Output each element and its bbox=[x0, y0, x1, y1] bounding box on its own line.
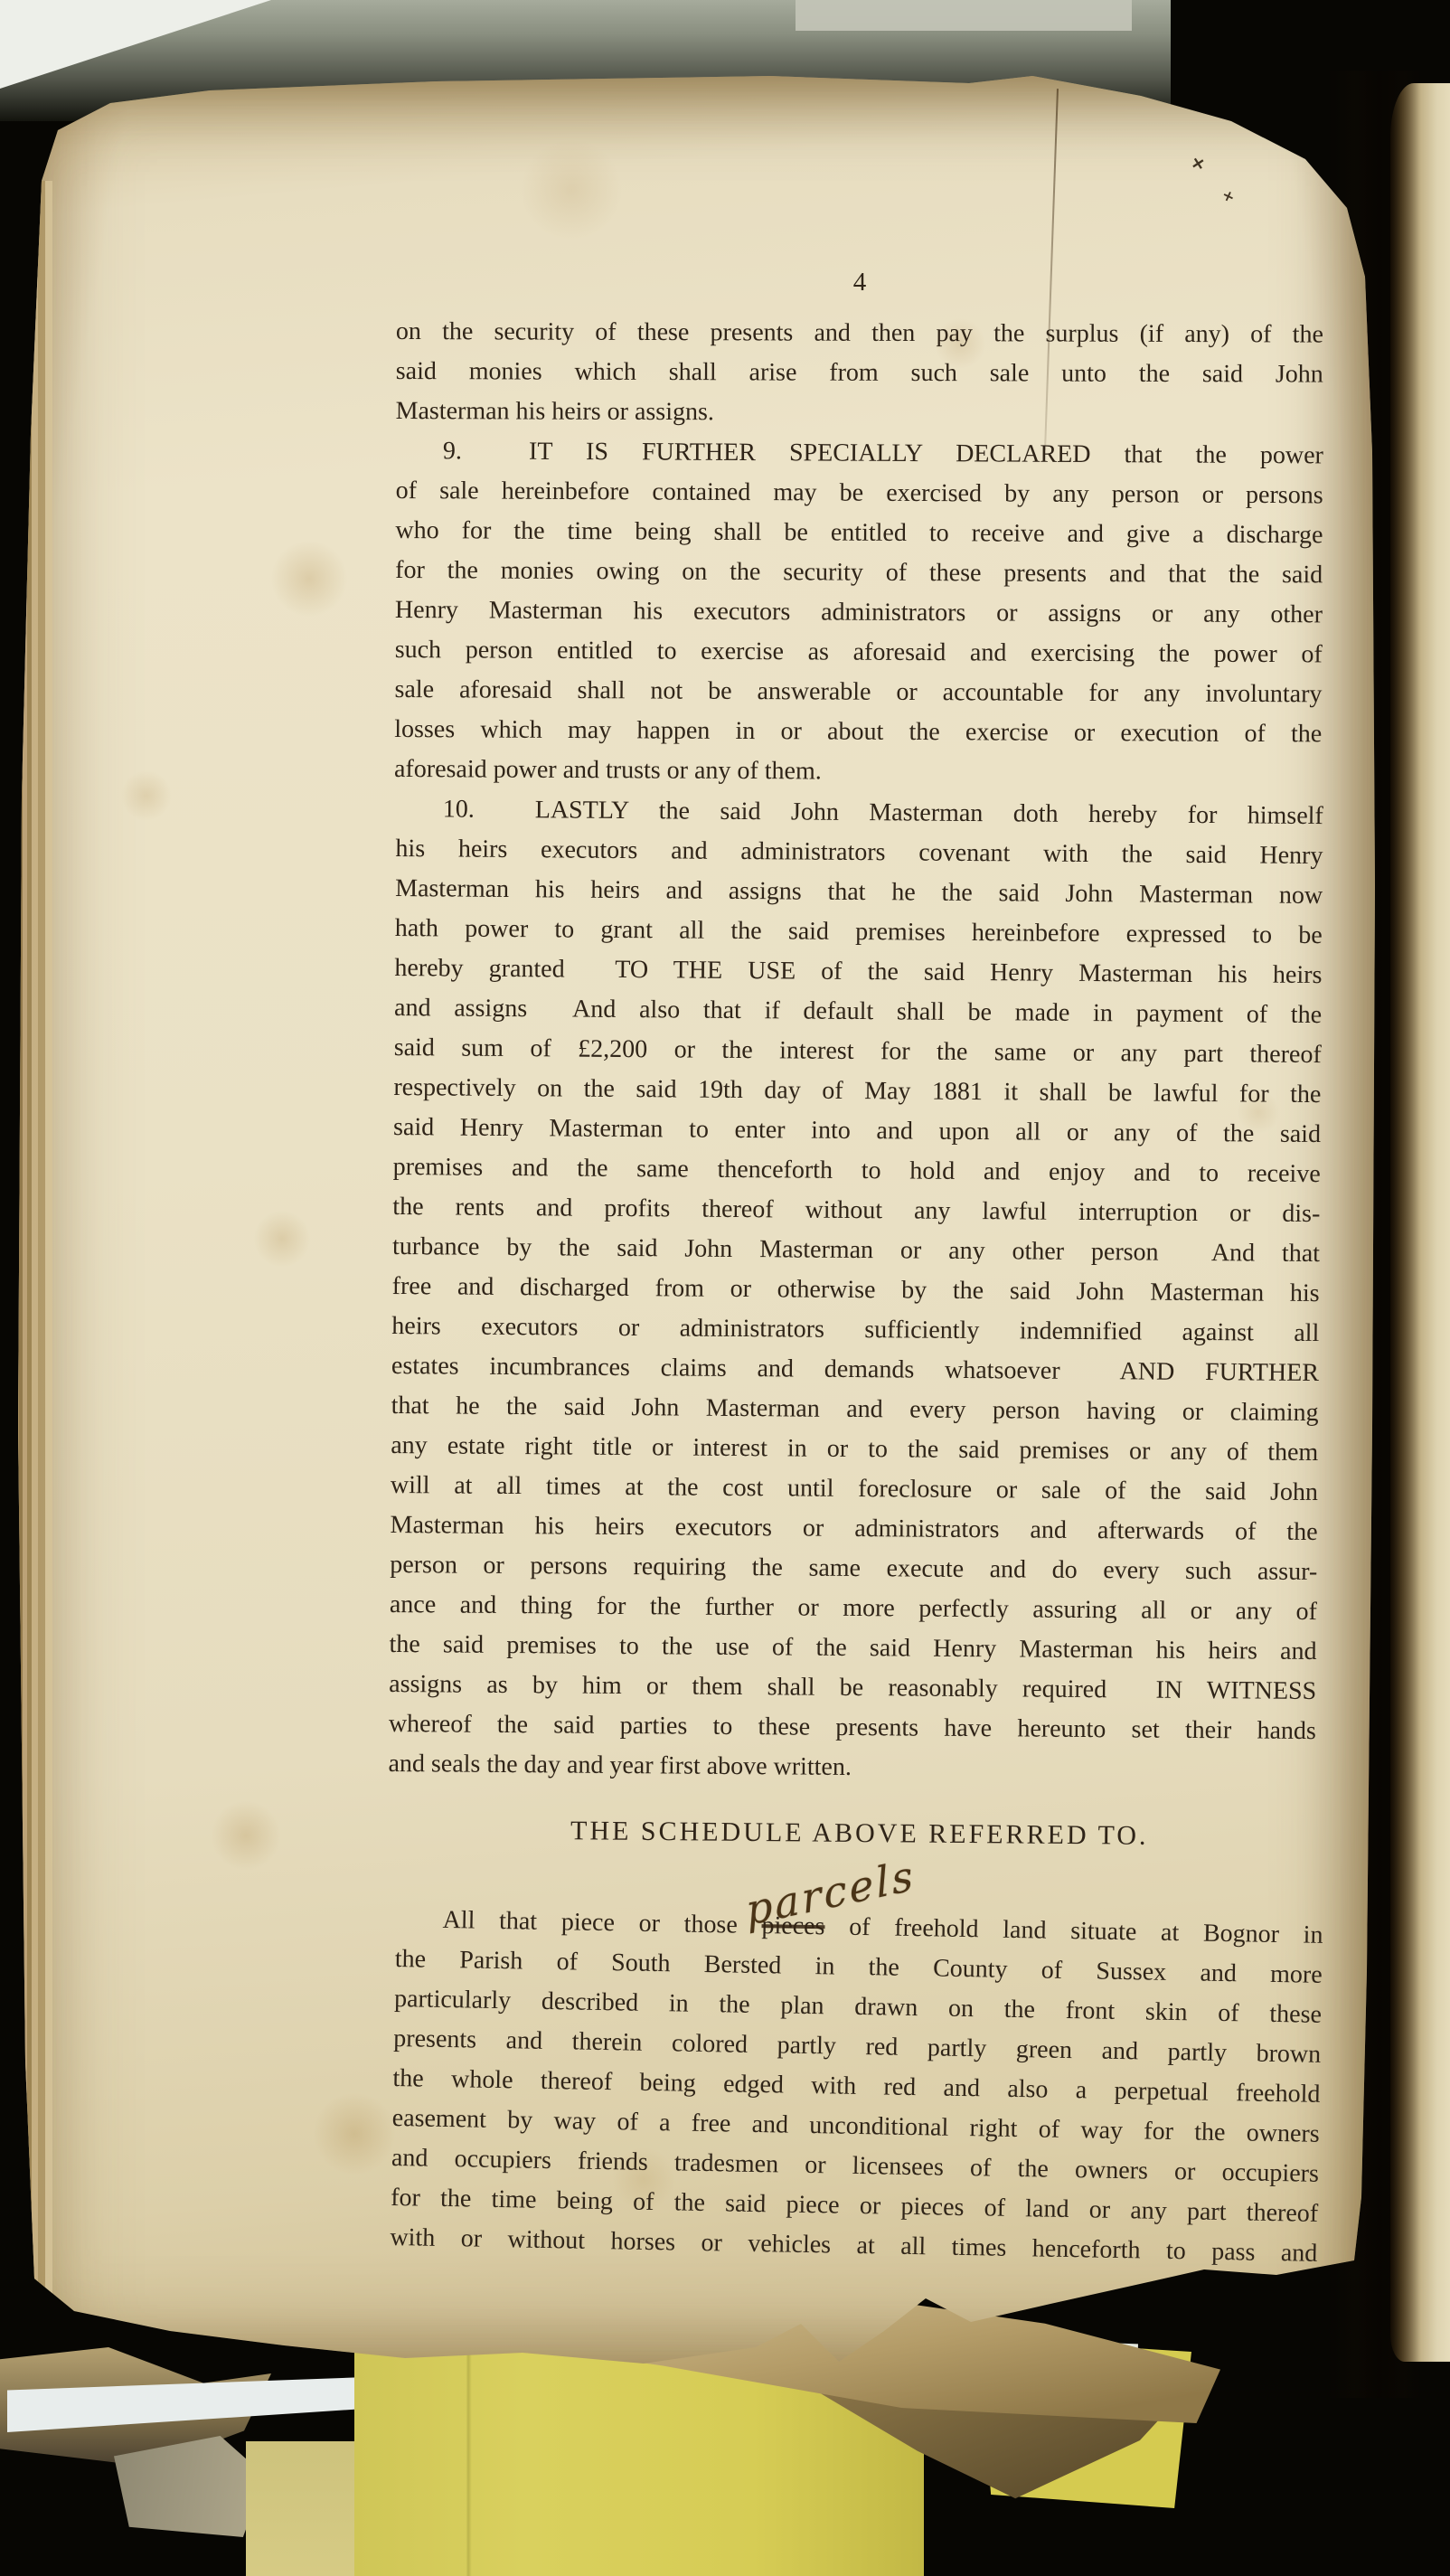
text-line: and seals the day and year first above w… bbox=[388, 1744, 1315, 1791]
document-text: on the security of these presents and th… bbox=[396, 312, 1323, 2258]
text-line: losses which may happen in or about the … bbox=[394, 710, 1322, 754]
text-line: of sale hereinbefore contained may be ex… bbox=[396, 471, 1323, 515]
background-paper-sliver bbox=[796, 0, 1132, 31]
text-line: Masterman his heirs or assigns. bbox=[396, 392, 1323, 435]
struck-word: piecesparcels bbox=[761, 1911, 824, 1940]
text-line: such person entitled to exercise as afor… bbox=[395, 630, 1323, 675]
text-line: who for the time being shall be entitled… bbox=[395, 511, 1323, 555]
stacked-page-edges bbox=[11, 181, 52, 2333]
document-text-block: 4 on the security of these presents and … bbox=[396, 267, 1323, 2258]
paragraph: All that piece or those piecesparcels of… bbox=[390, 1900, 1323, 2274]
text-line: for the monies owing on the security of … bbox=[395, 551, 1323, 595]
page-number: 4 bbox=[396, 267, 1323, 297]
handwritten-annotation: parcels bbox=[744, 1854, 918, 1932]
text-line: 9. IT IS FURTHER SPECIALLY DECLARED that… bbox=[396, 431, 1323, 476]
text-line: said monies which shall arise from such … bbox=[396, 352, 1323, 395]
paragraph: on the security of these presents and th… bbox=[396, 312, 1323, 435]
schedule-heading: THE SCHEDULE ABOVE REFERRED TO. bbox=[396, 1807, 1323, 1861]
text-line: Henry Masterman his executors administra… bbox=[395, 590, 1323, 635]
book-page: ✕ ✕ 4 on the security of these presents … bbox=[11, 72, 1381, 2396]
text-line: sale aforesaid shall not be answerable o… bbox=[394, 670, 1322, 714]
sticky-note-pale bbox=[246, 2441, 362, 2576]
paragraph: 9. IT IS FURTHER SPECIALLY DECLARED that… bbox=[394, 431, 1323, 794]
wormhole-mark-icon: ✕ bbox=[1190, 155, 1206, 175]
paragraph: 10. LASTLY the said John Masterman doth … bbox=[388, 789, 1323, 1791]
photographed-book-scene: ✕ ✕ 4 on the security of these presents … bbox=[0, 0, 1450, 2576]
text-line: aforesaid power and trusts or any of the… bbox=[394, 750, 1322, 794]
wormhole-mark-icon: ✕ bbox=[1221, 189, 1236, 206]
text-line: on the security of these presents and th… bbox=[396, 312, 1323, 355]
